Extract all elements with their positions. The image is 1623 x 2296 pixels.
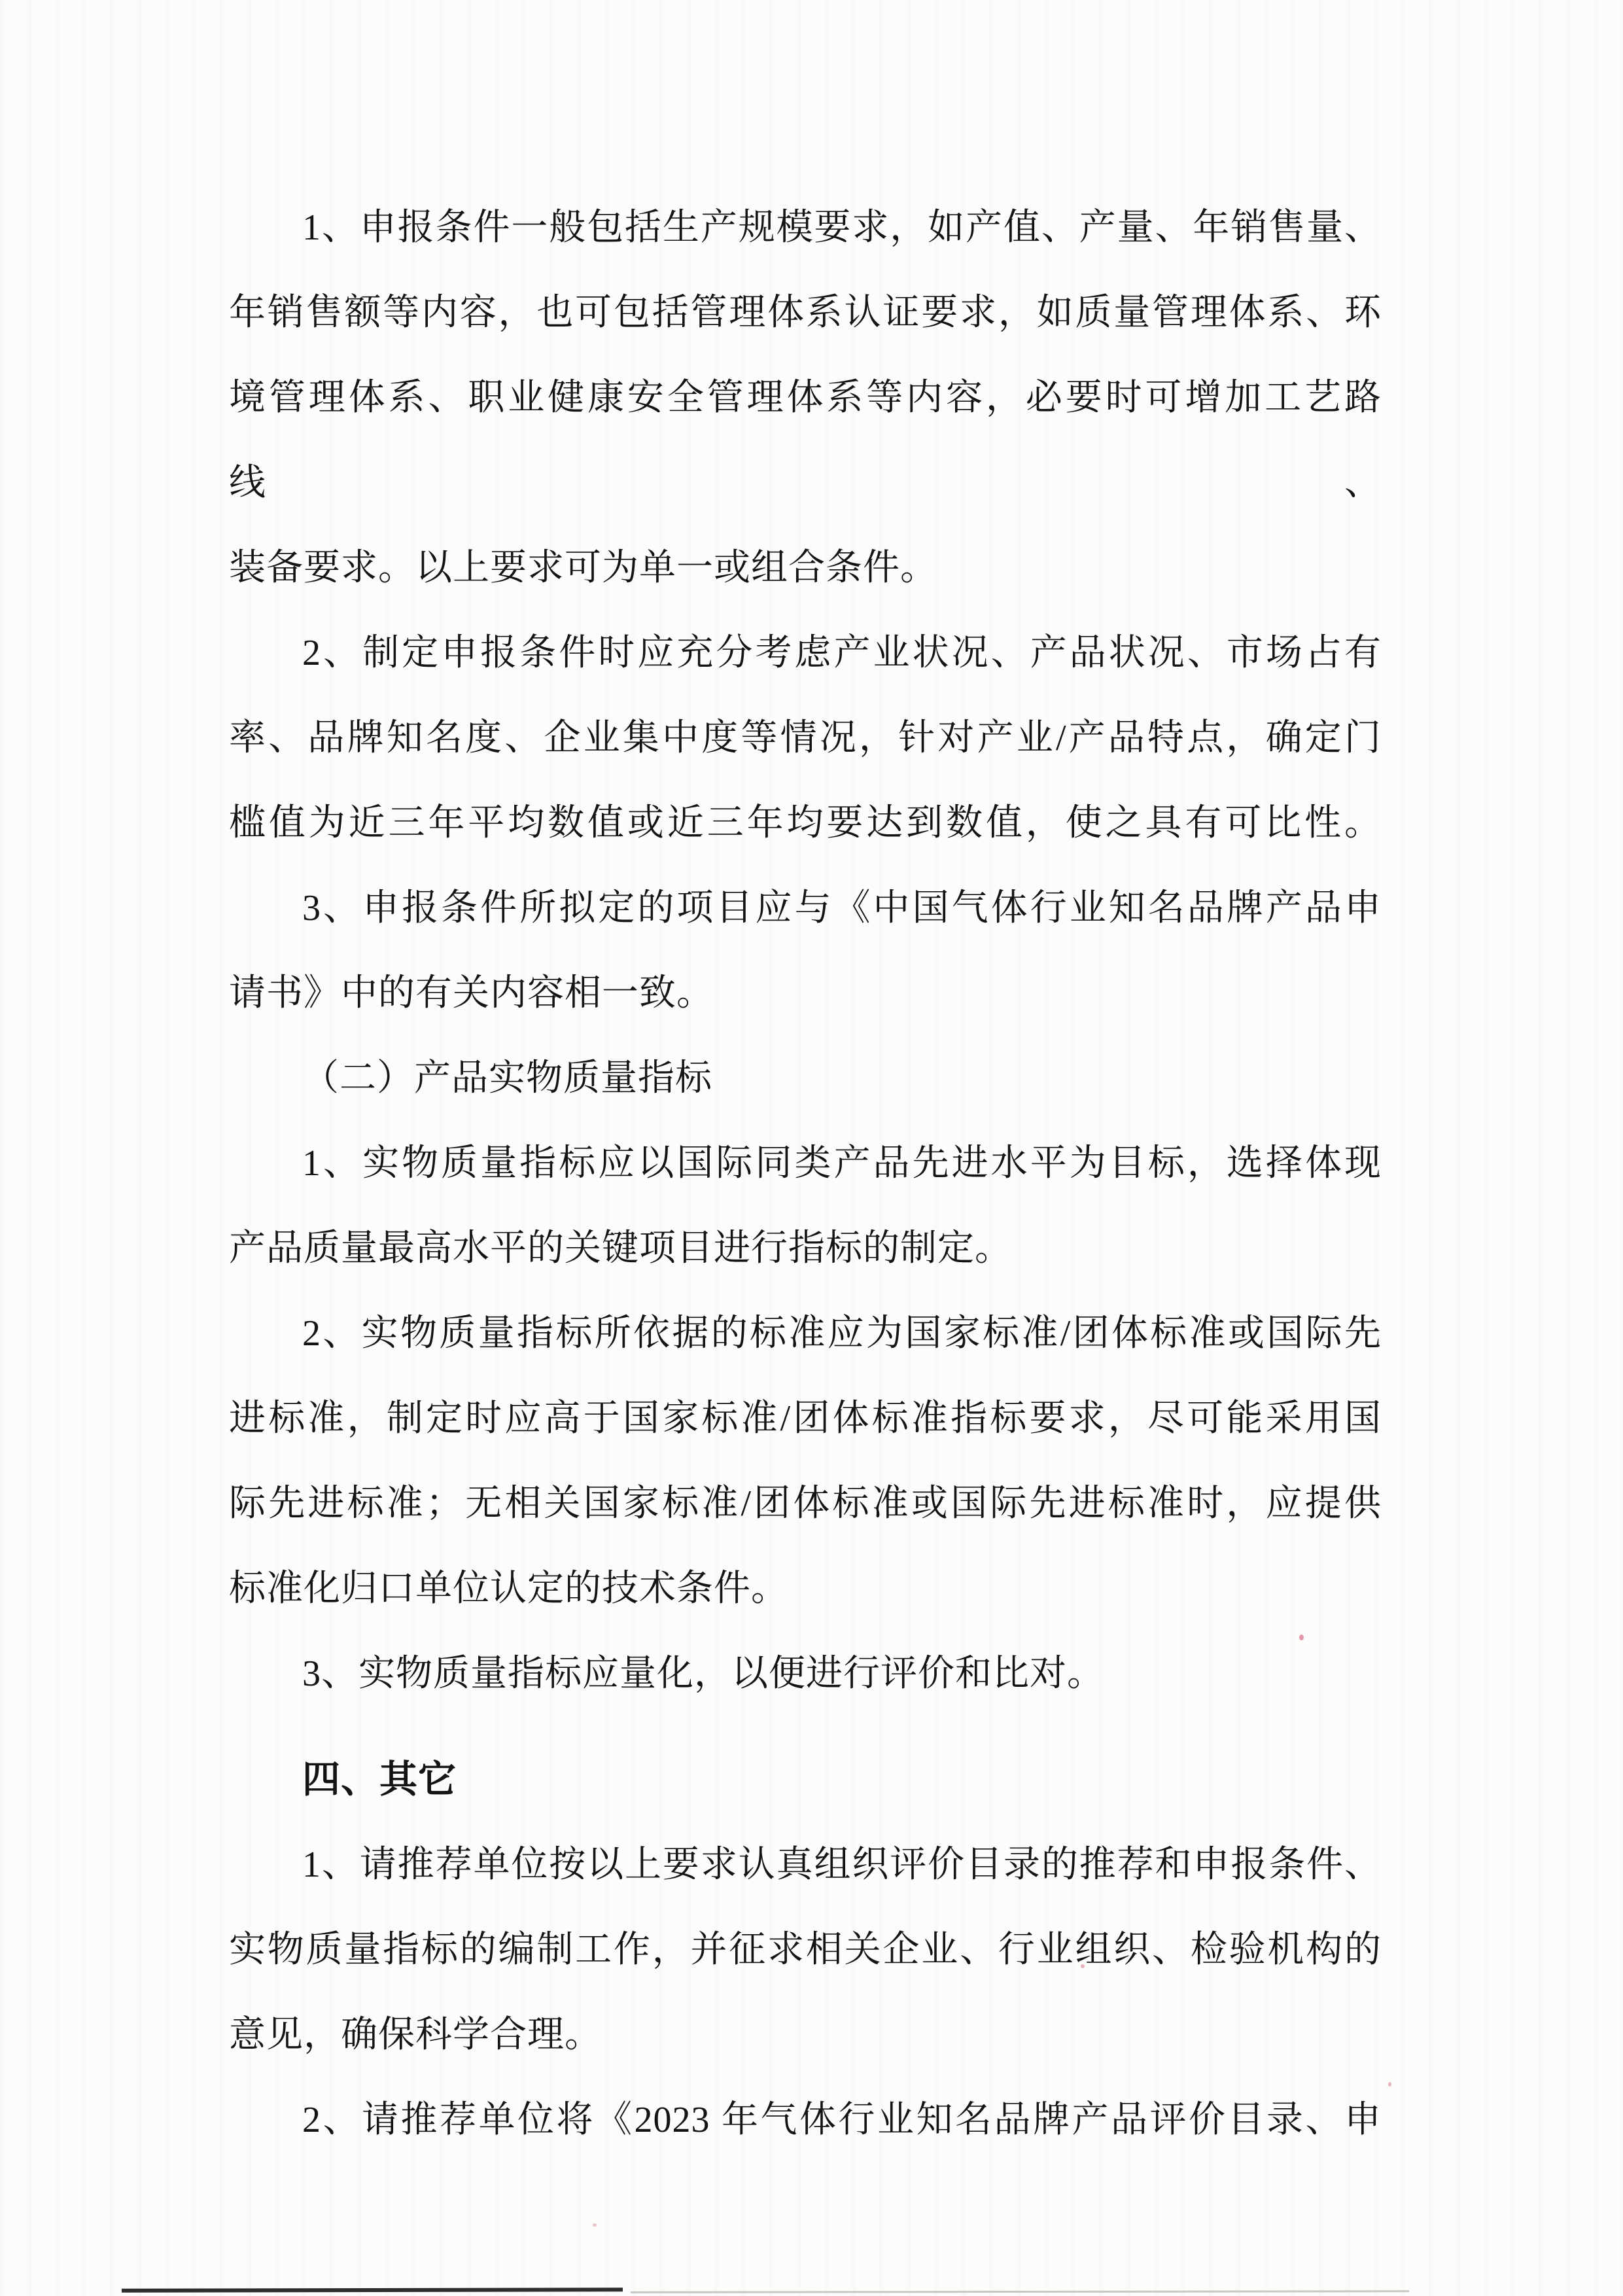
scan-speck bbox=[593, 2223, 597, 2227]
text-line: 标准化归口单位认定的技术条件。 bbox=[229, 1546, 1382, 1631]
text-line: 1、实物质量指标应以国际同类产品先进水平为目标，选择体现 bbox=[229, 1121, 1382, 1206]
text-line: 产品质量最高水平的关键项目进行指标的制定。 bbox=[229, 1206, 1382, 1291]
text-line: 境管理体系、职业健康安全管理体系等内容，必要时可增加工艺路线、 bbox=[229, 355, 1382, 525]
text-line: 1、申报条件一般包括生产规模要求，如产值、产量、年销售量、 bbox=[229, 185, 1382, 270]
text-line: 1、请推荐单位按以上要求认真组织评价目录的推荐和申报条件、 bbox=[229, 1822, 1382, 1907]
text-line: 装备要求。以上要求可为单一或组合条件。 bbox=[229, 525, 1382, 610]
text-line: 请书》中的有关内容相一致。 bbox=[229, 951, 1382, 1036]
text-line: 进标准，制定时应高于国家标准/团体标准指标要求，尽可能采用国 bbox=[229, 1376, 1382, 1461]
text-line: 2、制定申报条件时应充分考虑产业状况、产品状况、市场占有 bbox=[229, 610, 1382, 696]
scan-speck bbox=[1081, 1964, 1085, 1968]
subsection-heading-quality-indicators: （二）产品实物质量指标 bbox=[229, 1036, 1382, 1121]
text-line: 意见，确保科学合理。 bbox=[229, 1992, 1382, 2077]
text-line: 年销售额等内容，也可包括管理体系认证要求，如质量管理体系、环 bbox=[229, 270, 1382, 355]
scan-speck bbox=[1299, 1634, 1304, 1640]
scanned-document-page: 1、申报条件一般包括生产规模要求，如产值、产量、年销售量、 年销售额等内容，也可… bbox=[0, 0, 1623, 2296]
text-line: 实物质量指标的编制工作，并征求相关企业、行业组织、检验机构的 bbox=[229, 1907, 1382, 1992]
text-line: 3、实物质量指标应量化，以便进行评价和比对。 bbox=[229, 1631, 1382, 1716]
text-line: 率、品牌知名度、企业集中度等情况，针对产业/产品特点，确定门 bbox=[229, 696, 1382, 781]
text-line: 2、实物质量指标所依据的标准应为国家标准/团体标准或国际先 bbox=[229, 1291, 1382, 1376]
text-line: 槛值为近三年平均数值或近三年均要达到数值，使之具有可比性。 bbox=[229, 781, 1382, 866]
scan-speck bbox=[1388, 2082, 1391, 2087]
text-line: 3、申报条件所拟定的项目应与《中国气体行业知名品牌产品申 bbox=[229, 866, 1382, 951]
scan-edge-artifact bbox=[122, 2287, 623, 2293]
text-line: 2、请推荐单位将《2023 年气体行业知名品牌产品评价目录、申 bbox=[229, 2077, 1382, 2163]
section-heading-other: 四、其它 bbox=[229, 1737, 1382, 1822]
text-line: 际先进标准；无相关国家标准/团体标准或国际先进标准时，应提供 bbox=[229, 1461, 1382, 1546]
scan-edge-artifact bbox=[631, 2290, 1409, 2293]
document-body: 1、申报条件一般包括生产规模要求，如产值、产量、年销售量、 年销售额等内容，也可… bbox=[229, 185, 1382, 2163]
